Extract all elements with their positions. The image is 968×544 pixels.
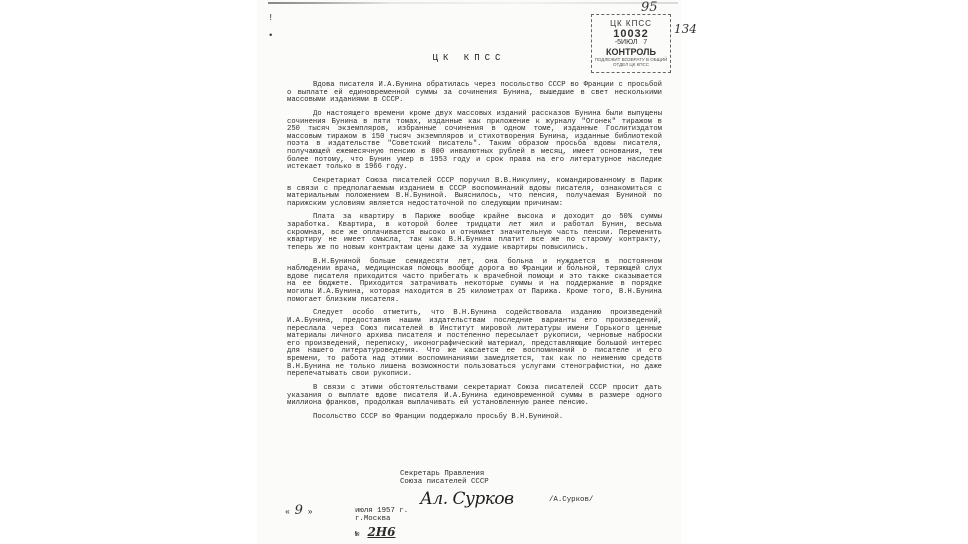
stamp-date: -5ИЮЛ 7 (592, 39, 670, 46)
margin-mark: • (268, 31, 273, 41)
document-body: Вдова писателя И.А.Бунина обратилась чер… (287, 82, 662, 428)
paragraph: Посольство СССР во Франции поддержало пр… (287, 414, 662, 422)
document-page: ! • 95 ЦК КПСС 10032 -5ИЮЛ 7 КОНТРОЛЬ ПО… (258, 0, 680, 544)
city: г.Москва (355, 515, 408, 523)
paragraph: В.Н.Буниной больше семидесяти лет, она б… (287, 259, 662, 305)
stamp-org: ЦК КПСС (592, 19, 670, 28)
page-number: 95 (641, 0, 658, 15)
position-line: Союза писателей СССР (400, 478, 489, 486)
date-place: июля 1957 г. г.Москва (355, 507, 408, 523)
signer-name: /А.Сурков/ (549, 496, 593, 504)
handwritten-signature: Ал. Сурков (420, 489, 514, 509)
signatory-position: Секретарь Правления Союза писателей СССР (400, 470, 489, 486)
stamp-handwritten-number: 134 (674, 22, 697, 36)
paragraph: Плата за квартиру в Париже вообще крайне… (287, 214, 662, 252)
margin-mark: ! (268, 13, 273, 23)
document-number: №2Н6 (355, 525, 395, 539)
registration-stamp: ЦК КПСС 10032 -5ИЮЛ 7 КОНТРОЛЬ ПОДЛЕЖИТ … (591, 14, 671, 73)
paragraph: До настоящего времени кроме двух массовы… (287, 111, 662, 172)
scan-edge-line (268, 2, 678, 4)
date-month-year: июля 1957 г. (355, 507, 408, 515)
date-day: « 9 » (285, 503, 313, 518)
document-title: ЦК КПСС (258, 53, 680, 63)
paragraph: Вдова писателя И.А.Бунина обратилась чер… (287, 82, 662, 105)
position-line: Секретарь Правления (400, 470, 489, 478)
paragraph: В связи с этими обстоятельствами секрета… (287, 385, 662, 408)
paragraph: Секретариат Союза писателей СССР поручил… (287, 178, 662, 208)
paragraph: Следует особо отметить, что В.Н.Бунина с… (287, 310, 662, 378)
